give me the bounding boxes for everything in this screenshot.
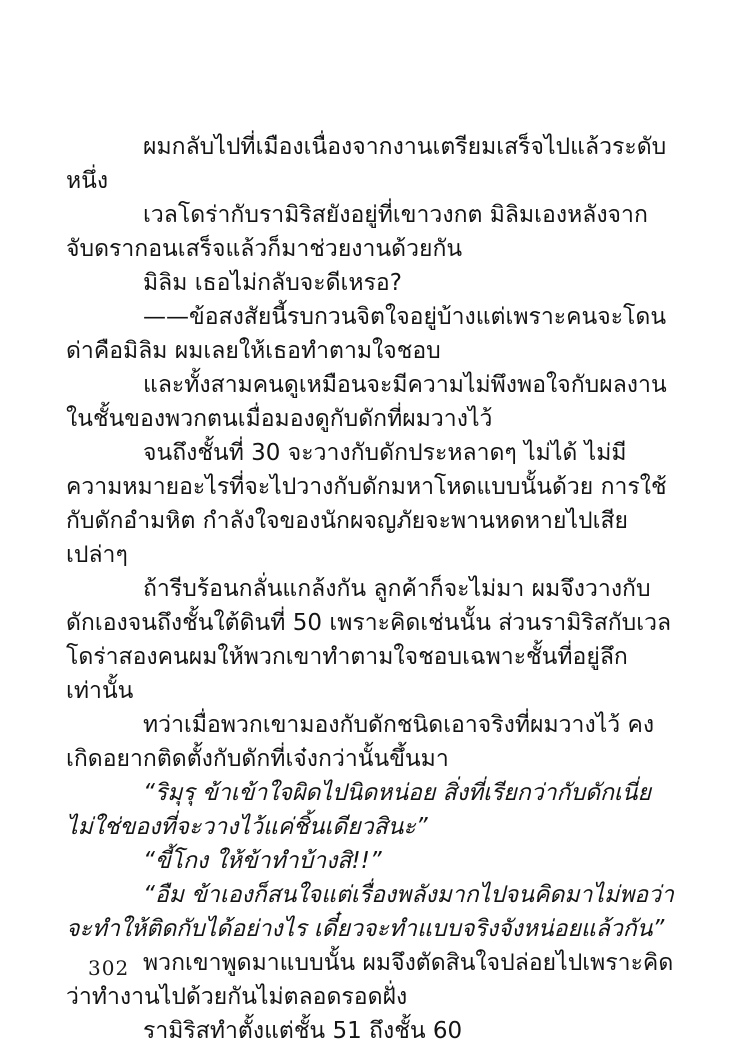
book-page: ผมกลับไปที่เมืองเนื่องจากงานเตรียมเสร็จไ… [0,0,738,1051]
paragraph: ถ้ารีบร้อนกลั่นแกล้งกัน ลูกค้าก็จะไม่มา … [66,572,674,708]
paragraph-dash-aside: ——ข้อสงสัยนี้รบกวนจิตใจอยู่บ้างแต่เพราะค… [66,300,674,368]
text-block: ผมกลับไปที่เมืองเนื่องจากงานเตรียมเสร็จไ… [66,130,674,1048]
paragraph: จนถึงชั้นที่ 30 จะวางกับดักประหลาดๆ ไม่ไ… [66,436,674,572]
paragraph: เวลโดร่ากับรามิริสยังอยู่ที่เขาวงกต มิลิ… [66,198,674,266]
page-number: 302 [88,956,129,980]
dialogue-line: “อืม ข้าเองก็สนใจแต่เรื่องพลังมากไปจนคิด… [66,878,674,946]
paragraph: ทว่าเมื่อพวกเขามองกับดักชนิดเอาจริงที่ผม… [66,708,674,776]
paragraph: พวกเขาพูดมาแบบนั้น ผมจึงตัดสินใจปล่อยไปเ… [66,946,674,1014]
paragraph: รามิริสทำตั้งแต่ชั้น 51 ถึงชั้น 60 [66,1014,674,1048]
paragraph: และทั้งสามคนดูเหมือนจะมีความไม่พึงพอใจกั… [66,368,674,436]
paragraph: ผมกลับไปที่เมืองเนื่องจากงานเตรียมเสร็จไ… [66,130,674,198]
dialogue-line: “ริมุรุ ข้าเข้าใจผิดไปนิดหน่อย สิ่งที่เร… [66,776,674,844]
dialogue-line: “ขี้โกง ให้ข้าทำบ้างสิ!!” [66,844,674,878]
paragraph: มิลิม เธอไม่กลับจะดีเหรอ? [66,266,674,300]
